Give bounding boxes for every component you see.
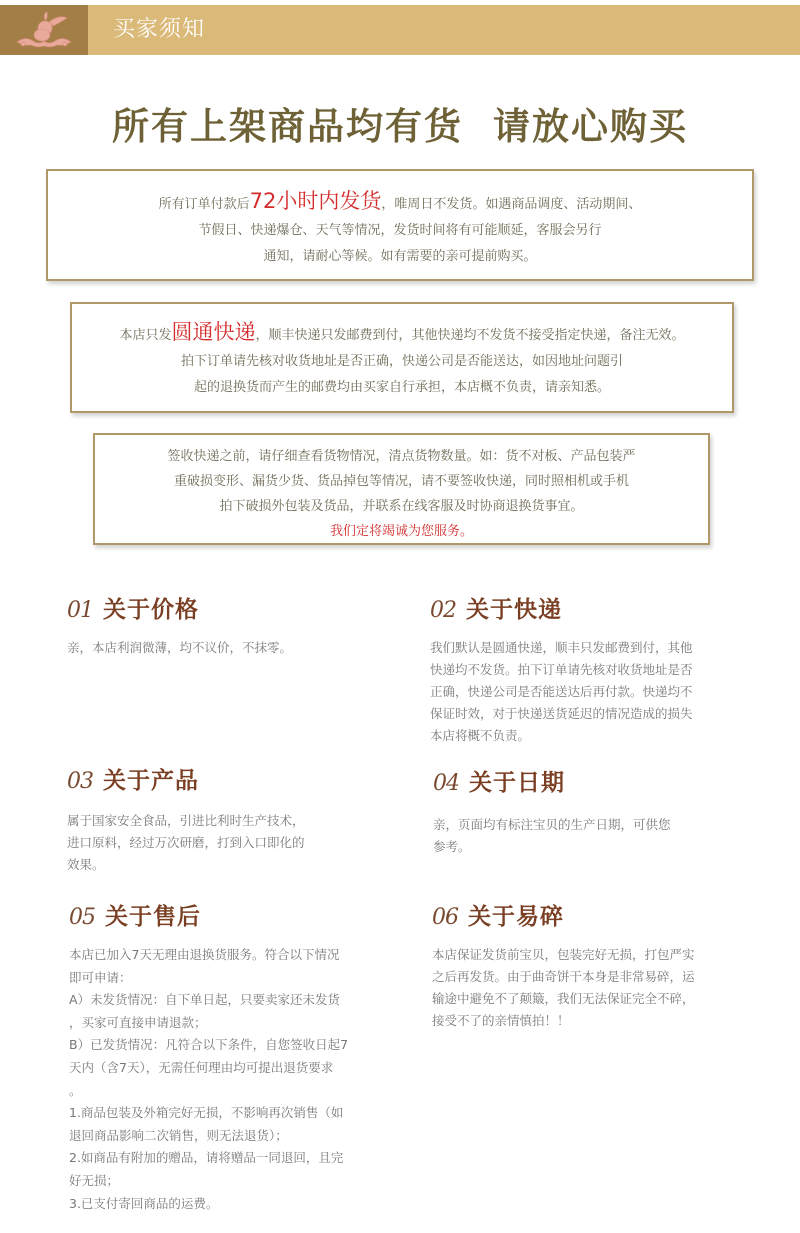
notice-line: 本店只发圆通快递，顺丰快递只发邮费到付，其他快递均不发货不接受指定快递，备注无效…: [72, 319, 732, 349]
notice-line: 重破损变形、漏货少货、货品掉包等情况，请不要签收快递，同时照相机或手机: [95, 469, 708, 494]
body-line: 属于国家安全食品，引进比利时生产技术，: [67, 810, 347, 832]
body-line: 本店已加入7天无理由退换货服务。符合以下情况: [69, 944, 374, 967]
section-number: 06: [432, 905, 458, 930]
body-line: 正确，快递公司是否能送达后再付款。快递均不: [430, 681, 730, 703]
section-heading: 02 关于快递: [430, 591, 730, 627]
body-line: 即可申请：: [69, 967, 374, 990]
notice-text: 所有订单付款后: [159, 197, 250, 212]
section-body: 我们默认是圆通快递，顺丰只发邮费到付，其他 快递均不发货。拍下订单请先核对收货地…: [430, 637, 730, 747]
section-fragile: 06 关于易碎 本店保证发货前宝贝，包装完好无损，打包严实 之后再发货。由于曲奇…: [432, 898, 737, 1032]
section-title: 关于产品: [103, 762, 199, 795]
courier-notice: 本店只发圆通快递，顺丰快递只发邮费到付，其他快递均不发货不接受指定快递，备注无效…: [70, 302, 734, 413]
page-headline: 所有上架商品均有货请放心购买: [0, 96, 800, 150]
section-heading: 01 关于价格: [67, 591, 387, 627]
section-number: 04: [433, 771, 459, 796]
section-number: 02: [430, 598, 456, 623]
body-line: 2.如商品有附加的赠品，请将赠品一同退回，且完: [69, 1147, 374, 1170]
notice-text: ，唯周日不发货。如遇商品调度、活动期间、: [381, 197, 641, 212]
section-body: 本店保证发货前宝贝，包装完好无损，打包严实 之后再发货。由于曲奇饼干本身是非常易…: [432, 944, 737, 1032]
notice-line: 签收快递之前，请仔细查看货物情况，清点货物数量。如：货不对板、产品包装严: [95, 444, 708, 469]
body-line: A）未发货情况：自下单日起，只要卖家还未发货: [69, 989, 374, 1012]
highlight-72h: 72小时内发货: [250, 189, 382, 213]
body-line: 快递均不发货。拍下订单请先核对收货地址是否: [430, 659, 730, 681]
body-line: ，买家可直接申请退款；: [69, 1012, 374, 1035]
receipt-inspection-notice: 签收快递之前，请仔细查看货物情况，清点货物数量。如：货不对板、产品包装严 重破损…: [93, 433, 710, 545]
section-heading: 05 关于售后: [69, 898, 374, 934]
body-line: 1.商品包装及外箱完好无损，不影响再次销售（如: [69, 1102, 374, 1125]
section-body: 本店已加入7天无理由退换货服务。符合以下情况 即可申请： A）未发货情况：自下单…: [69, 944, 374, 1215]
body-line: 本店保证发货前宝贝，包装完好无损，打包严实: [432, 944, 737, 966]
section-title: 关于易碎: [468, 898, 564, 931]
body-line: 亲，本店利润微薄，均不议价，不抹零。: [67, 637, 387, 659]
section-after-sales: 05 关于售后 本店已加入7天无理由退换货服务。符合以下情况 即可申请： A）未…: [69, 898, 374, 1215]
section-body: 亲，本店利润微薄，均不议价，不抹零。: [67, 637, 387, 659]
section-title: 关于快递: [466, 591, 562, 624]
body-line: 之后再发货。由于曲奇饼干本身是非常易碎，运: [432, 966, 737, 988]
section-product: 03 关于产品 属于国家安全食品，引进比利时生产技术， 进口原料，经过万次研磨，…: [67, 762, 347, 876]
section-title: 关于日期: [469, 764, 565, 797]
body-line: 好无损；: [69, 1170, 374, 1193]
section-title: 关于售后: [105, 898, 201, 931]
body-line: 进口原料，经过万次研磨，打到入口即化的: [67, 832, 347, 854]
notice-line: 拍下破损外包装及货品，并联系在线客服及时协商退换货事宜。: [95, 494, 708, 519]
section-body: 亲，页面均有标注宝贝的生产日期，可供您 参考。: [433, 814, 713, 858]
section-date: 04 关于日期 亲，页面均有标注宝贝的生产日期，可供您 参考。: [433, 764, 713, 858]
body-line: 效果。: [67, 854, 347, 876]
body-line: 我们默认是圆通快递，顺丰只发邮费到付，其他: [430, 637, 730, 659]
notice-line: 拍下订单请先核对收货地址是否正确，快递公司是否能送达，如因地址问题引: [72, 349, 732, 375]
body-line: 接受不了的亲情慎拍！！: [432, 1010, 737, 1032]
body-line: 。: [69, 1080, 374, 1103]
header-bar: 买家须知: [0, 5, 800, 55]
notice-line: 起的退换货而产生的邮费均由买家自行承担，本店概不负责，请亲知悉。: [72, 375, 732, 401]
body-line: 亲，页面均有标注宝贝的生产日期，可供您: [433, 814, 713, 836]
section-courier: 02 关于快递 我们默认是圆通快递，顺丰只发邮费到付，其他 快递均不发货。拍下订…: [430, 591, 730, 747]
body-line: 退回商品影响二次销售，则无法退货）；: [69, 1125, 374, 1148]
section-number: 03: [67, 769, 93, 794]
body-line: 保证时效，对于快递送货延迟的情况造成的损失: [430, 703, 730, 725]
section-heading: 06 关于易碎: [432, 898, 737, 934]
headline-part-2: 请放心购买: [493, 96, 688, 150]
logo: [0, 5, 88, 55]
service-promise: 我们定将竭诚为您服务。: [95, 519, 708, 544]
body-line: 3.已支付寄回商品的运费。: [69, 1193, 374, 1216]
body-line: B）已发货情况：凡符合以下条件，自您签收日起7: [69, 1034, 374, 1057]
highlight-courier: 圆通快递: [172, 320, 256, 344]
notice-text: 本店只发: [119, 328, 171, 343]
section-body: 属于国家安全食品，引进比利时生产技术， 进口原料，经过万次研磨，打到入口即化的 …: [67, 810, 347, 876]
section-heading: 03 关于产品: [67, 762, 347, 798]
notice-line: 节假日、快递爆仓、天气等情况，发货时间将有可能顺延，客服会另行: [48, 218, 752, 244]
body-line: 天内（含7天），无需任何理由均可提出退货要求: [69, 1057, 374, 1080]
notice-line: 所有订单付款后72小时内发货，唯周日不发货。如遇商品调度、活动期间、: [48, 188, 752, 218]
header-title: 买家须知: [113, 5, 205, 55]
headline-part-1: 所有上架商品均有货: [112, 96, 463, 150]
body-line: 本店将概不负责。: [430, 725, 730, 747]
section-heading: 04 关于日期: [433, 764, 713, 800]
body-line: 输途中避免不了颠簸，我们无法保证完全不碎，: [432, 988, 737, 1010]
section-number: 01: [67, 598, 93, 623]
cherub-ornament-icon: [9, 8, 79, 52]
notice-line: 通知，请耐心等候。如有需要的亲可提前购买。: [48, 244, 752, 270]
section-title: 关于价格: [103, 591, 199, 624]
section-price: 01 关于价格 亲，本店利润微薄，均不议价，不抹零。: [67, 591, 387, 659]
notice-text: ，顺丰快递只发邮费到付，其他快递均不发货不接受指定快递，备注无效。: [256, 328, 685, 343]
section-number: 05: [69, 905, 95, 930]
shipping-time-notice: 所有订单付款后72小时内发货，唯周日不发货。如遇商品调度、活动期间、 节假日、快…: [46, 169, 754, 281]
body-line: 参考。: [433, 836, 713, 858]
